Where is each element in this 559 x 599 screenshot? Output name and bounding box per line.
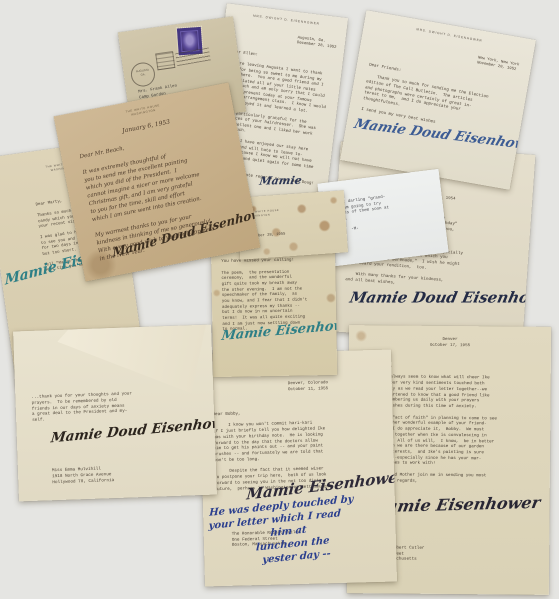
- letter-mulvihill: ...thank you for your thoughts and your …: [13, 325, 217, 502]
- letterhead: MRS. DWIGHT D. EISENHOWER: [364, 18, 534, 53]
- dateline: Denver October 17, 1955: [349, 337, 551, 350]
- letter-ny-friends: MRS. DWIGHT D. EISENHOWER New York, New …: [340, 10, 536, 190]
- dateline: Denver, Colorado October 11, 1955: [288, 381, 329, 393]
- letter-cutler-oct-11: Denver, Colorado October 11, 1955 Dear B…: [199, 350, 397, 587]
- signature: Mamie: [258, 174, 302, 188]
- recipient-address: Miss Emma Mulvihill 1918 North Grace Ave…: [52, 466, 114, 486]
- dateline: New York, New York November 20, 1952: [476, 56, 519, 74]
- postmark-icon: AUGUSTA GA.: [129, 61, 156, 88]
- cancellation-slogan-box-icon: [155, 51, 175, 70]
- handwritten-postscript: He was deeply touched by your letter whi…: [207, 489, 397, 573]
- dateline: Augusta, Ga. December 28, 1952: [296, 36, 337, 51]
- letter-beach-painting: THE WHITE HOUSE WASHINGTON January 6, 19…: [54, 83, 261, 282]
- signature: Mamie Doud Eisenhower: [348, 288, 535, 306]
- letterhead: MRS. DWIGHT D. EISENHOWER: [225, 10, 347, 30]
- photo-of-letters: MRS. DWIGHT D. EISENHOWER Augusta, Ga. D…: [0, 0, 559, 599]
- folded-corner: [57, 325, 209, 398]
